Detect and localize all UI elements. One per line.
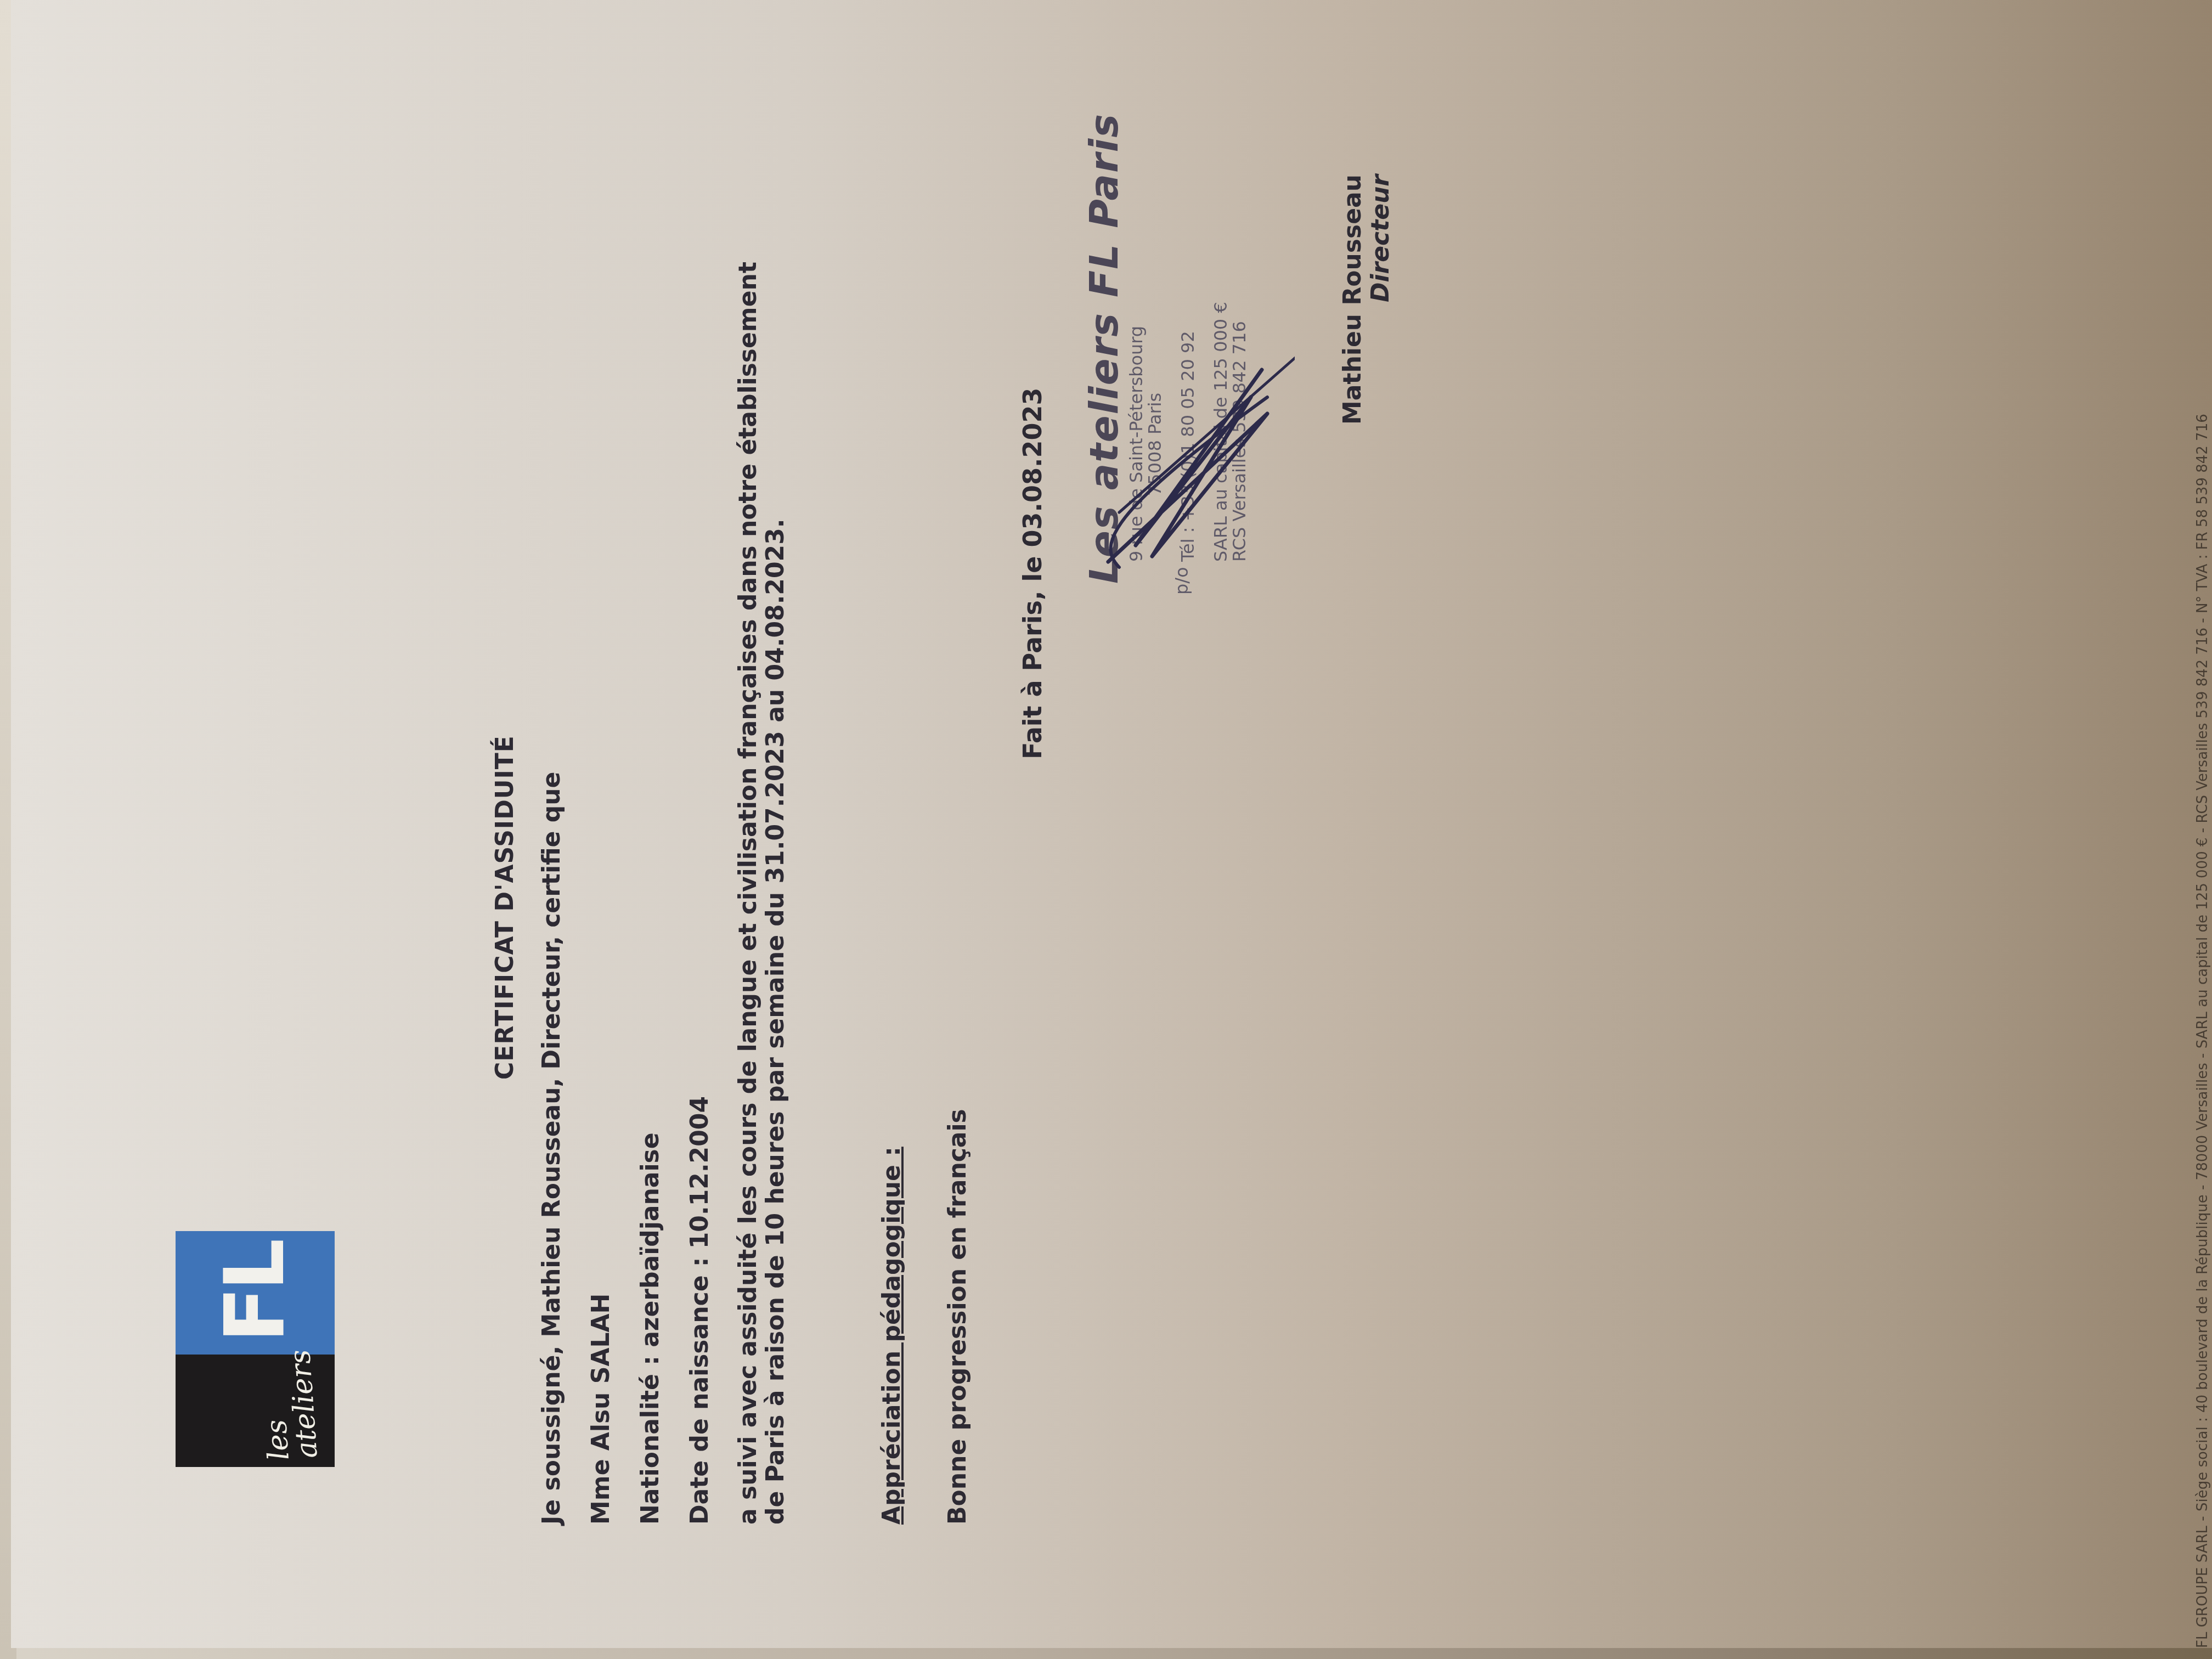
signer-name: Mathieu Rousseau (1339, 174, 1367, 425)
signer-block: Mathieu Rousseau Directeur (1339, 174, 1395, 425)
attendance-line-2: de Paris à raison de 10 heures par semai… (761, 518, 789, 1525)
place-and-date: Fait à Paris, le 03.08.2023 (1018, 388, 1047, 759)
intro-text: Je soussigné, Mathieu Rousseau, Directeu… (538, 772, 566, 1525)
birth-date: Date de naissance : 10.12.2004 (686, 1096, 714, 1525)
signer-role: Directeur (1367, 174, 1395, 425)
assessment-value: Bonne progression en français (944, 1109, 972, 1525)
logo-script-text: les ateliers (257, 1348, 322, 1461)
les-ateliers-fl-logo: les ateliers FL (176, 1231, 335, 1467)
logo-dark-panel: les ateliers (176, 1355, 335, 1467)
student-name: Mme Alsu SALAH (587, 1294, 615, 1525)
certificate-title: CERTIFICAT D'ASSIDUITÉ (491, 167, 519, 1648)
assessment-label: Appréciation pédagogique : (878, 1147, 906, 1525)
legal-footer: FL GROUPE SARL - Siège social : 40 boule… (2194, 414, 2211, 1648)
logo-fl-monogram: FL (176, 1231, 335, 1355)
attendance-line-1: a suivi avec assiduité les cours de lang… (734, 262, 762, 1525)
certificate-page: les ateliers FL CERTIFICAT D'ASSIDUITÉ J… (11, 0, 2212, 1648)
nationality: Nationalité : azerbaïdjanaise (636, 1132, 664, 1525)
handwritten-signature (1086, 348, 1295, 578)
logo-text-ateliers: ateliers (284, 1348, 324, 1459)
